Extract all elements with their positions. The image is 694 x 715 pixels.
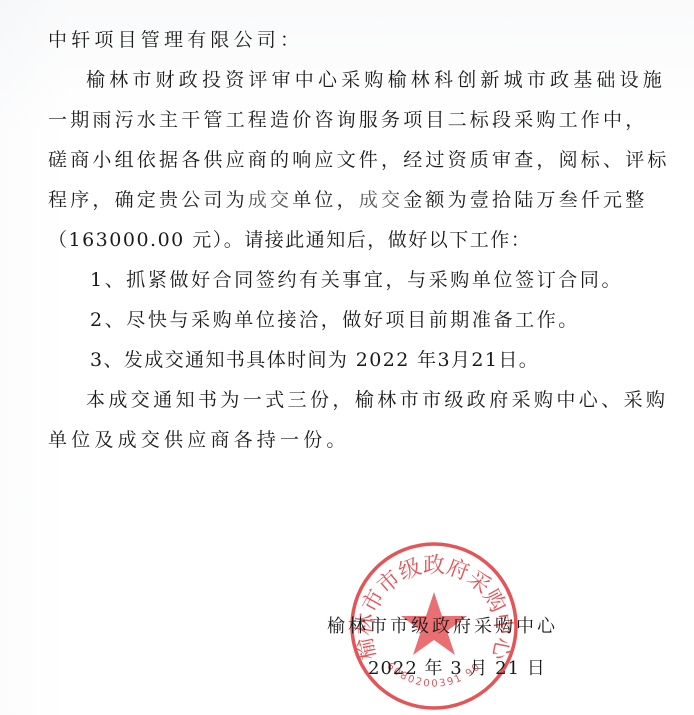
text-segment: 单位， (292, 189, 359, 211)
body-paragraph-1-line-5: （163000.00 元）。请接此通知后，做好以下工作： (48, 228, 531, 252)
issuer-name: 榆林市市级政府采购中心 (327, 612, 558, 638)
body-paragraph-1-line-4: 程序，确定贵公司为成交单位，成交金额为壹拾陆万叁仟元整 (48, 188, 647, 212)
body-paragraph-1-line-3: 磋商小组依据各供应商的响应文件，经过资质审查，阅标、评标 (48, 148, 670, 172)
body-paragraph-2-line-1: 本成交通知书为一式三份，榆林市市级政府采购中心、采购 (86, 388, 668, 412)
text-segment: 程序，确定贵公司为 (48, 189, 248, 211)
notice-page: 中轩项目管理有限公司： 榆林市财政投资评审中心采购榆林科创新城市政基础设施 一期… (0, 0, 694, 715)
body-paragraph-1-line-1: 榆林市财政投资评审中心采购榆林科创新城市政基础设施 (86, 68, 666, 92)
body-paragraph-2-line-2: 单位及成交供应商各持一份。 (48, 428, 350, 452)
text-segment-deal: 成交 (248, 189, 292, 211)
task-item-3: 3、发成交通知书具体时间为 2022 年3月21日。 (90, 348, 539, 372)
text-segment-deal: 成交 (359, 189, 403, 211)
addressee: 中轩项目管理有限公司： (48, 28, 303, 52)
task-item-2: 2、尽快与采购单位接洽，做好项目前期准备工作。 (90, 308, 580, 332)
text-segment-amount: 金额为壹拾陆万叁仟元整 (403, 189, 647, 211)
task-item-1: 1、抓紧做好合同签约有关事宜，与采购单位签订合同。 (90, 268, 623, 292)
issue-date: 2022 年 3 月 21 日 (368, 654, 546, 680)
body-paragraph-1-line-2: 一期雨污水主干管工程造价咨询服务项目二标段采购工作中， (48, 108, 647, 132)
